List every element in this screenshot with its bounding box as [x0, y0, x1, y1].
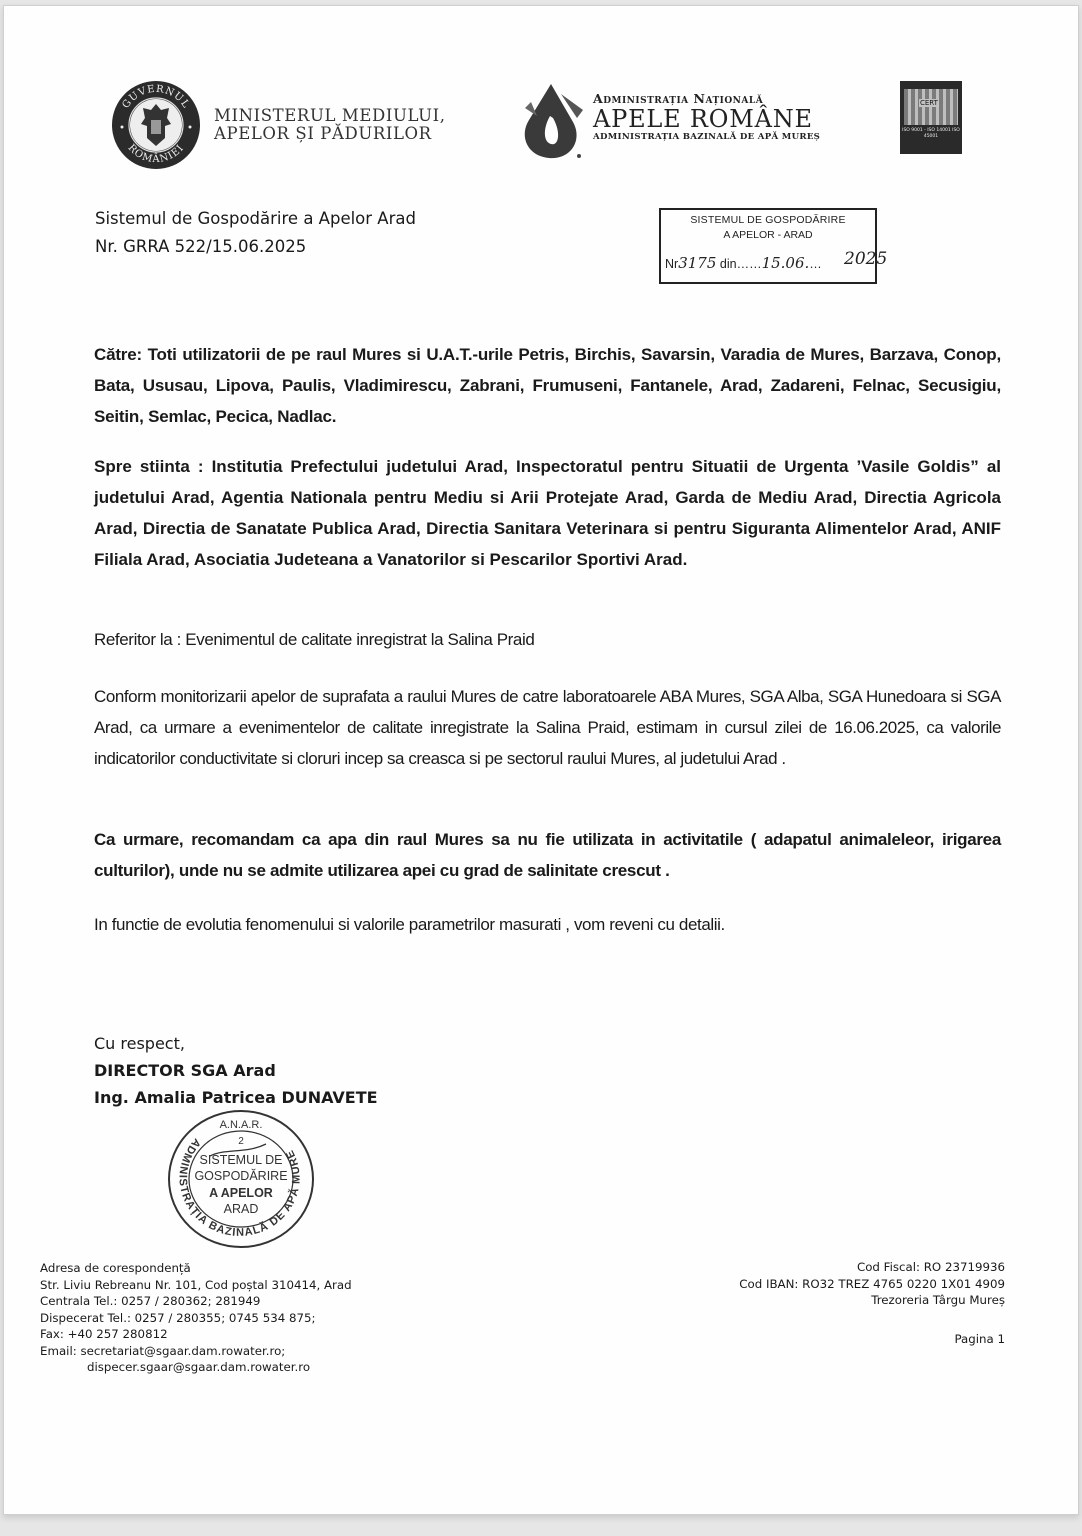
- recommendation-paragraph: Ca urmare, recomandam ca apa din raul Mu…: [94, 824, 1001, 886]
- footer-fiscal-code: Cod Fiscal: RO 23719936: [739, 1259, 1005, 1276]
- footer-address-label: Adresa de corespondență: [40, 1260, 352, 1277]
- iso-certification-badge-icon: CERT ISO 9001 - ISO 14001 ISO 45001: [900, 81, 962, 154]
- stamp-line-1: SISTEMUL DE GOSPODĂRIRE: [661, 213, 875, 228]
- footer-fax: Fax: +40 257 280812: [40, 1326, 352, 1343]
- stamp-line-2: A APELOR - ARAD: [661, 228, 875, 243]
- signature-block: Cu respect, DIRECTOR SGA Arad Ing. Amali…: [94, 1030, 378, 1111]
- document-page: GUVERNUL ROMÂNIEI MINISTERUL MEDIULUI, A…: [3, 5, 1079, 1515]
- sender-block: Sistemul de Gospodărire a Apelor Arad Nr…: [95, 205, 416, 261]
- footer-contact: Adresa de corespondență Str. Liviu Rebre…: [40, 1260, 352, 1376]
- footer-email-2: dispecer.sgaar@sgaar.dam.rowater.ro: [40, 1359, 352, 1376]
- ministry-line-1: MINISTERUL MEDIULUI,: [214, 107, 446, 125]
- anar-line-2: APELE ROMÂNE: [593, 106, 820, 132]
- svg-text:ARAD: ARAD: [224, 1202, 259, 1216]
- svg-text:GOSPODĂRIRE: GOSPODĂRIRE: [194, 1168, 287, 1183]
- water-drop-logo-icon: [517, 80, 589, 162]
- cert-iso-text: ISO 9001 - ISO 14001 ISO 45001: [900, 128, 962, 140]
- svg-text:2: 2: [238, 1136, 244, 1147]
- footer-email-1: Email: secretariat@sgaar.dam.rowater.ro;: [40, 1343, 352, 1360]
- stamp-nr-label: Nr: [665, 257, 678, 271]
- signer-title: DIRECTOR SGA Arad: [94, 1057, 378, 1084]
- stamp-year: 2025: [844, 249, 887, 269]
- svg-text:A.N.A.R.: A.N.A.R.: [220, 1119, 263, 1131]
- stamp-nr-value: 3175: [678, 254, 716, 272]
- anar-title: Administrația Națională APELE ROMÂNE ADM…: [593, 92, 820, 143]
- footer-treasury: Trezoreria Târgu Mureș: [739, 1292, 1005, 1309]
- svg-text:A APELOR: A APELOR: [209, 1186, 273, 1200]
- anar-line-1: Administrația Națională: [593, 92, 820, 106]
- footer-phone-central: Centrala Tel.: 0257 / 280362; 281949: [40, 1293, 352, 1310]
- ministry-name: MINISTERUL MEDIULUI, APELOR ȘI PĂDURILOR: [214, 107, 446, 143]
- closing: Cu respect,: [94, 1030, 378, 1057]
- subject-line: Referitor la : Evenimentul de calitate i…: [94, 624, 1001, 655]
- sender-organization: Sistemul de Gospodărire a Apelor Arad: [95, 205, 416, 233]
- footer-iban: Cod IBAN: RO32 TREZ 4765 0220 1X01 4909: [739, 1276, 1005, 1293]
- sender-reference-number: Nr. GRRA 522/15.06.2025: [95, 233, 416, 261]
- cc-paragraph: Spre stiinta : Institutia Prefectului ju…: [94, 451, 1001, 575]
- official-round-stamp-icon: ADMINISTRAȚIA BAZINALĂ DE APĂ MUREȘ A.N.…: [166, 1108, 316, 1250]
- footer-phone-dispatch: Dispecerat Tel.: 0257 / 280355; 0745 534…: [40, 1310, 352, 1327]
- recipients-paragraph: Către: Toti utilizatorii de pe raul Mure…: [94, 339, 1001, 432]
- monitoring-paragraph: Conform monitorizarii apelor de suprafat…: [94, 681, 1001, 774]
- government-seal-icon: GUVERNUL ROMÂNIEI: [111, 80, 201, 170]
- registration-stamp: SISTEMUL DE GOSPODĂRIRE A APELOR - ARAD …: [659, 208, 877, 284]
- footer-fiscal: Cod Fiscal: RO 23719936 Cod IBAN: RO32 T…: [739, 1259, 1005, 1309]
- signer-name: Ing. Amalia Patricea DUNAVETE: [94, 1084, 378, 1111]
- stamp-din-label: din: [720, 257, 737, 271]
- ministry-line-2: APELOR ȘI PĂDURILOR: [214, 125, 446, 143]
- anar-line-3: ADMINISTRAȚIA BAZINALĂ DE APĂ MUREȘ: [593, 132, 820, 143]
- follow-up-paragraph: In functie de evolutia fenomenului si va…: [94, 909, 1001, 940]
- footer-address: Str. Liviu Rebreanu Nr. 101, Cod poștal …: [40, 1277, 352, 1294]
- stamp-number-row: Nr3175 din……15.06.…: [665, 256, 822, 272]
- cert-label: CERT: [919, 99, 939, 107]
- stamp-date: 15.06.: [762, 254, 810, 272]
- page-number: Pagina 1: [954, 1332, 1005, 1346]
